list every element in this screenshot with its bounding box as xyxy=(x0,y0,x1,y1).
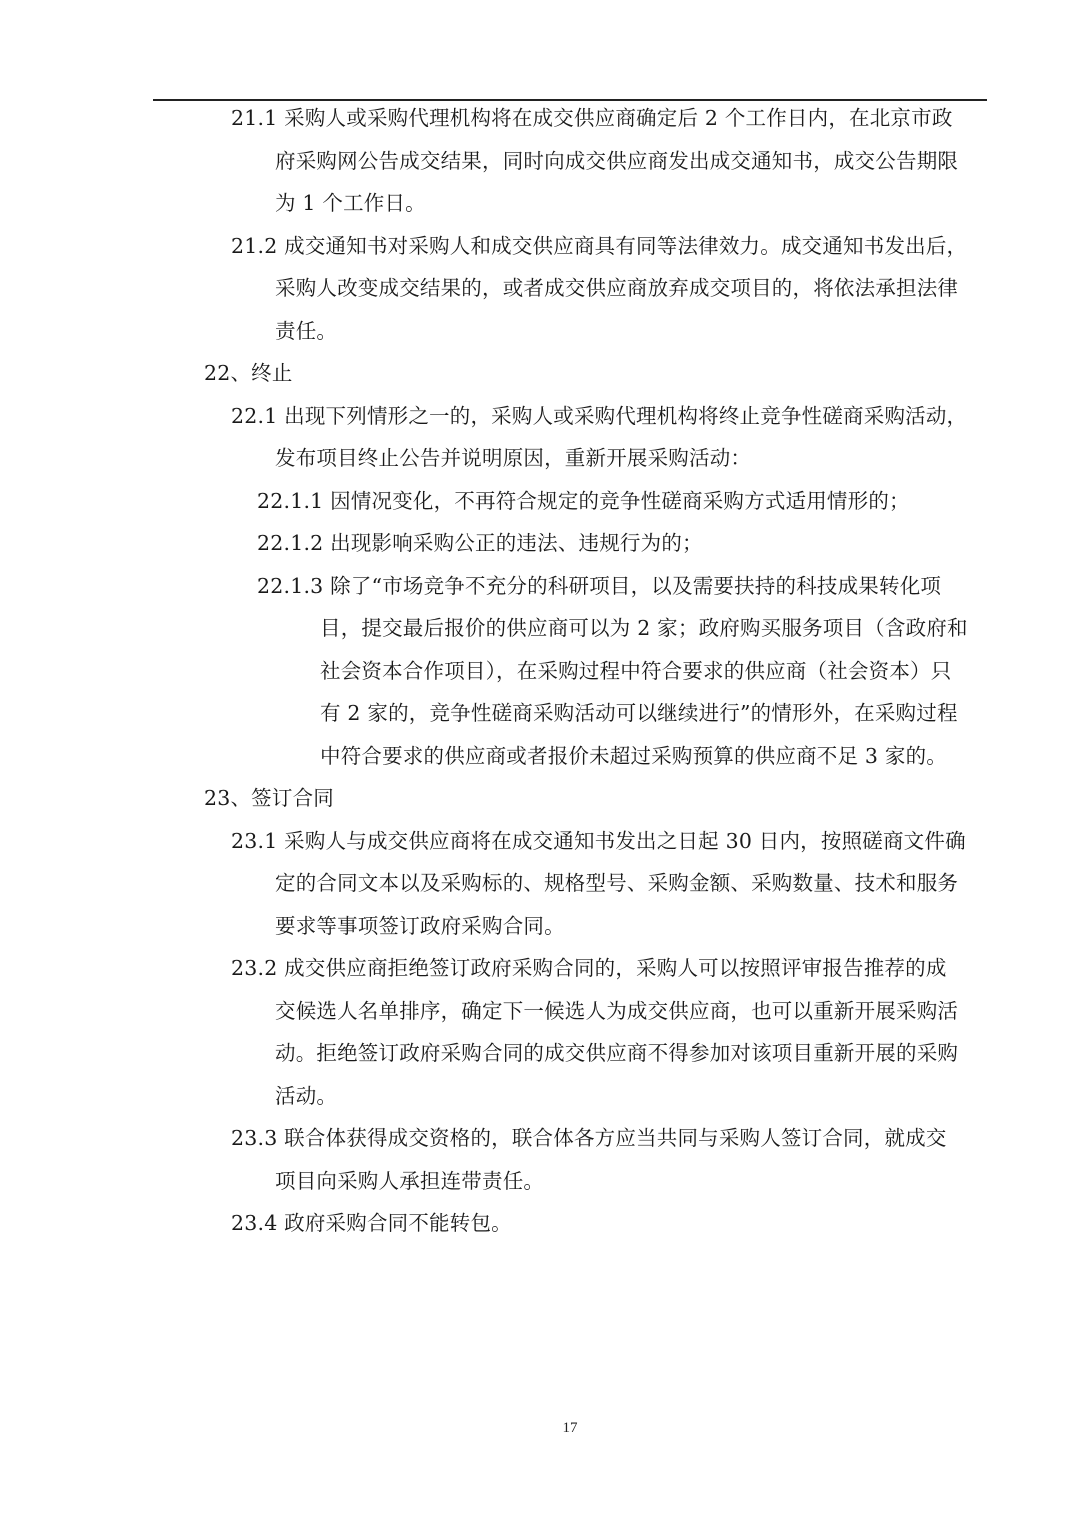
text-line: 活动。 xyxy=(275,1082,337,1110)
text-line: 23.4 政府采购合同不能转包。 xyxy=(231,1209,512,1237)
text-line: 采购人改变成交结果的，或者成交供应商放弃成交项目的，将依法承担法律 xyxy=(275,274,958,302)
text-line: 责任。 xyxy=(275,317,337,345)
text-line: 23.3 联合体获得成交资格的，联合体各方应当共同与采购人签订合同，就成交 xyxy=(231,1124,947,1152)
text-line: 21.1 采购人或采购代理机构将在成交供应商确定后 2 个工作日内，在北京市政 xyxy=(231,104,953,132)
text-line: 23.2 成交供应商拒绝签订政府采购合同的，采购人可以按照评审报告推荐的成 xyxy=(231,954,947,982)
text-line: 23.1 采购人与成交供应商将在成交通知书发出之日起 30 日内，按照磋商文件确 xyxy=(231,827,966,855)
text-line: 23、签订合同 xyxy=(204,784,334,812)
header-rule xyxy=(153,99,987,101)
text-line: 交候选人名单排序，确定下一候选人为成交供应商，也可以重新开展采购活 xyxy=(275,997,958,1025)
text-line: 为 1 个工作日。 xyxy=(275,189,426,217)
text-line: 21.2 成交通知书对采购人和成交供应商具有同等法律效力。成交通知书发出后， xyxy=(231,232,967,260)
text-line: 中符合要求的供应商或者报价未超过采购预算的供应商不足 3 家的。 xyxy=(320,742,947,770)
text-line: 22.1.3 除了“市场竞争不充分的科研项目，以及需要扶持的科技成果转化项 xyxy=(257,572,941,600)
document-page: 21.1 采购人或采购代理机构将在成交供应商确定后 2 个工作日内，在北京市政府… xyxy=(0,0,1080,1527)
text-line: 目，提交最后报价的供应商可以为 2 家；政府购买服务项目（含政府和 xyxy=(320,614,968,642)
text-line: 定的合同文本以及采购标的、规格型号、采购金额、采购数量、技术和服务 xyxy=(275,869,958,897)
text-line: 有 2 家的，竞争性磋商采购活动可以继续进行”的情形外，在采购过程 xyxy=(320,699,958,727)
text-line: 发布项目终止公告并说明原因，重新开展采购活动： xyxy=(275,444,751,472)
text-line: 22.1 出现下列情形之一的，采购人或采购代理机构将终止竞争性磋商采购活动， xyxy=(231,402,967,430)
text-line: 22、终止 xyxy=(204,359,293,387)
text-line: 要求等事项签订政府采购合同。 xyxy=(275,912,565,940)
text-line: 府采购网公告成交结果，同时向成交供应商发出成交通知书，成交公告期限 xyxy=(275,147,958,175)
text-line: 社会资本合作项目），在采购过程中符合要求的供应商（社会资本）只 xyxy=(320,657,951,685)
page-number: 17 xyxy=(0,1420,1080,1437)
text-line: 22.1.1 因情况变化，不再符合规定的竞争性磋商采购方式适用情形的； xyxy=(257,487,910,515)
text-line: 项目向采购人承担连带责任。 xyxy=(275,1167,544,1195)
text-line: 动。拒绝签订政府采购合同的成交供应商不得参加对该项目重新开展的采购 xyxy=(275,1039,958,1067)
text-line: 22.1.2 出现影响采购公正的违法、违规行为的； xyxy=(257,529,703,557)
